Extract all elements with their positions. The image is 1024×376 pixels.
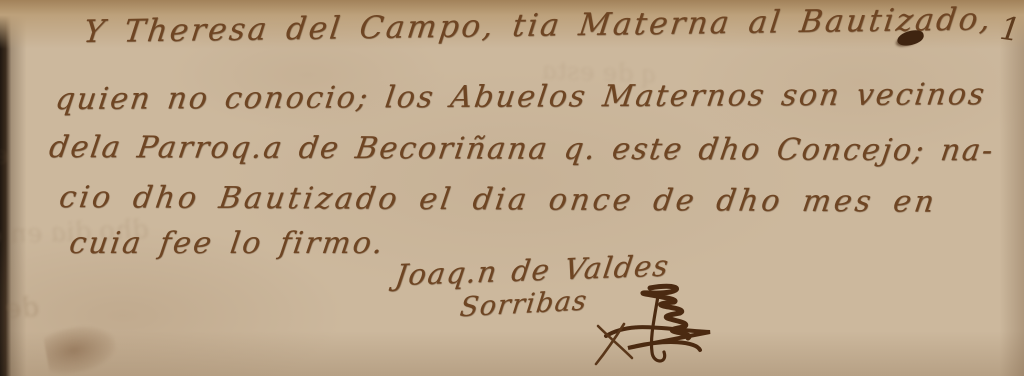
paper-stain	[43, 320, 120, 376]
manuscript-line-3: dela Parroq.a de Becoriñana q. este dho …	[47, 130, 997, 168]
signature-rubric-flourish	[592, 280, 722, 376]
signature-surname: Sorribas	[458, 285, 589, 323]
manuscript-page: de Valdes Sorribas dho dia en cuia fe es…	[0, 0, 1024, 376]
bleed-through-text: es de otro dho en	[0, 140, 10, 185]
bleed-through-text: de Valdes Sorribas	[0, 292, 40, 337]
manuscript-line-5: cuia fee lo firmo.	[67, 226, 387, 261]
page-number: 1	[997, 9, 1022, 49]
manuscript-line-4: cio dho Bautizado el dia once de dho mes…	[57, 180, 940, 220]
manuscript-line-1: Y Theresa del Campo, tia Materna al Baut…	[81, 1, 994, 50]
manuscript-line-2: quien no conocio; los Abuelos Maternos s…	[53, 77, 988, 117]
